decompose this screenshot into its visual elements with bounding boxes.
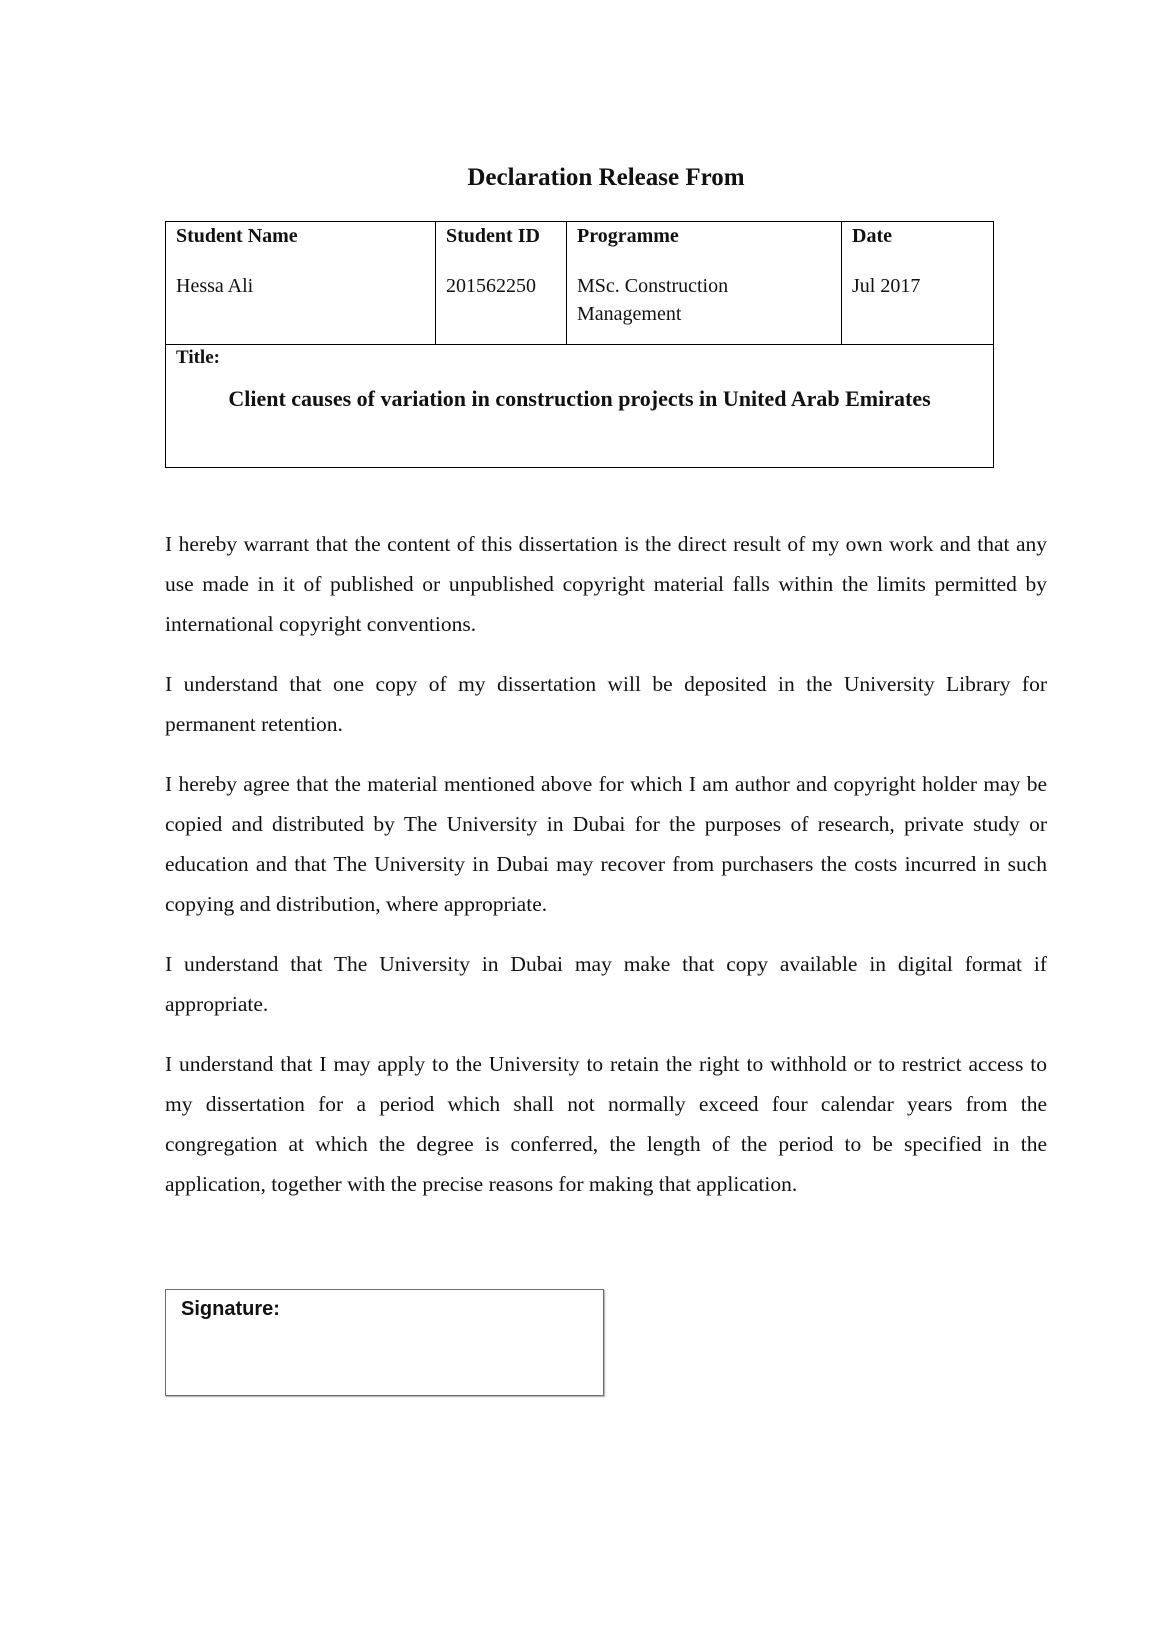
title-label: Title: [176, 347, 983, 369]
dissertation-title: Client causes of variation in constructi… [176, 386, 983, 412]
paragraph-distribution: I hereby agree that the material mention… [165, 764, 1047, 924]
date-value: Jul 2017 [852, 272, 983, 300]
student-id-value: 201562250 [446, 272, 556, 300]
student-id-header: Student ID [446, 224, 556, 248]
student-info-row: Student Name Hessa Ali Student ID 201562… [166, 222, 994, 345]
title-cell: Title: Client causes of variation in con… [166, 345, 994, 468]
student-name-header: Student Name [176, 224, 425, 248]
programme-value: MSc. Construction Management [577, 272, 831, 328]
title-row: Title: Client causes of variation in con… [166, 345, 994, 468]
document-title: Declaration Release From [0, 164, 1158, 192]
date-cell: Date Jul 2017 [842, 222, 994, 345]
paragraph-withhold-access: I understand that I may apply to the Uni… [165, 1044, 1047, 1204]
paragraph-library-copy: I understand that one copy of my dissert… [165, 664, 1047, 744]
programme-cell: Programme MSc. Construction Management [567, 222, 842, 345]
declaration-body: I hereby warrant that the content of thi… [165, 524, 1047, 1224]
student-id-cell: Student ID 201562250 [436, 222, 567, 345]
signature-label: Signature: [181, 1298, 280, 1321]
student-info-table: Student Name Hessa Ali Student ID 201562… [165, 221, 994, 468]
date-header: Date [852, 224, 983, 248]
signature-box[interactable]: Signature: [165, 1289, 604, 1396]
student-name-cell: Student Name Hessa Ali [166, 222, 436, 345]
paragraph-warranty: I hereby warrant that the content of thi… [165, 524, 1047, 644]
student-name-value: Hessa Ali [176, 272, 425, 300]
programme-header: Programme [577, 224, 831, 248]
paragraph-digital-format: I understand that The University in Duba… [165, 944, 1047, 1024]
